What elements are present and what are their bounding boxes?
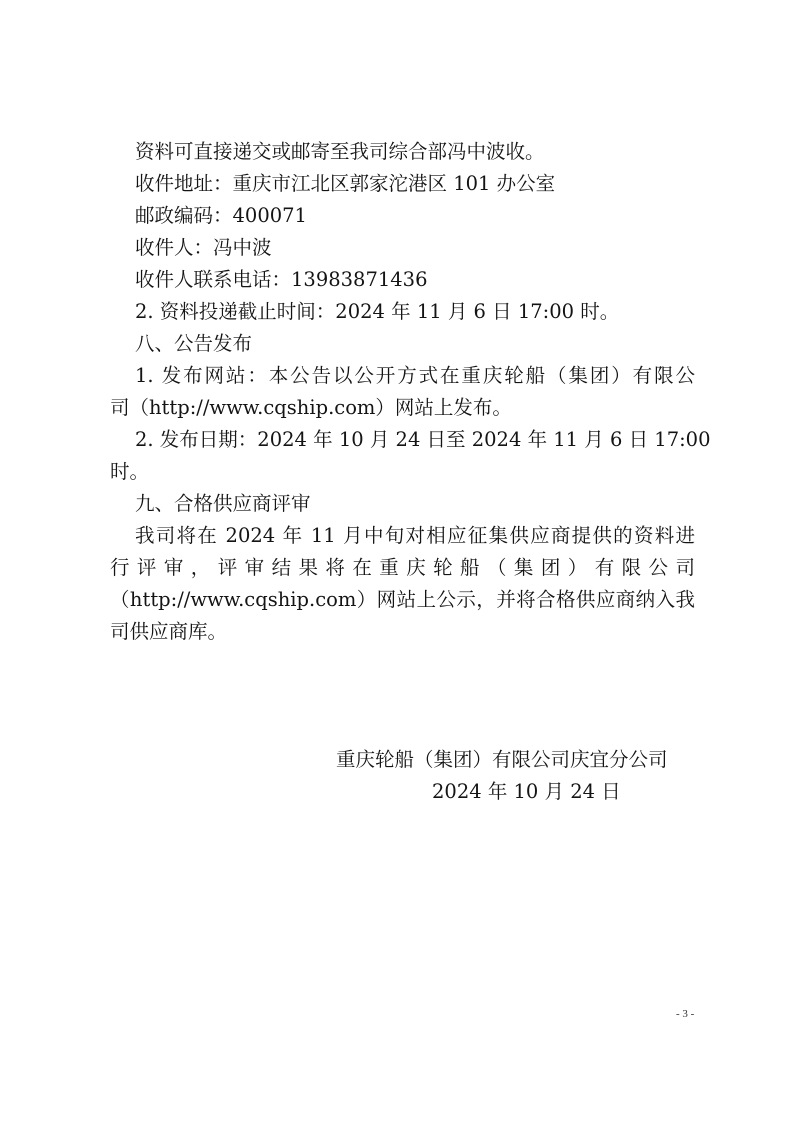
postcode-line: 邮政编码：400071 bbox=[135, 200, 307, 232]
deadline-line: 2. 资料投递截止时间：2024 年 11 月 6 日 17:00 时。 bbox=[135, 296, 619, 328]
phone-line: 收件人联系电话：13983871436 bbox=[135, 264, 427, 296]
review-paragraph-line-1: 我司将在 2024 年 11 月中旬对相应征集供应商提供的资料进 bbox=[135, 520, 695, 552]
review-paragraph-line-4: 司供应商库。 bbox=[110, 616, 227, 648]
publish-website-line-cont: 司（http://www.cqship.com）网站上发布。 bbox=[110, 392, 512, 424]
publish-date-line: 2. 发布日期：2024 年 10 月 24 日至 2024 年 11 月 6 … bbox=[135, 424, 695, 456]
address-line: 收件地址：重庆市江北区郭家沱港区 101 办公室 bbox=[135, 168, 555, 200]
page-number: - 3 - bbox=[676, 1008, 694, 1020]
section-heading-8: 八、公告发布 bbox=[135, 328, 252, 360]
section-heading-9: 九、合格供应商评审 bbox=[135, 488, 311, 520]
review-paragraph-line-2: 行评审，评审结果将在重庆轮船（集团）有限公司 bbox=[110, 552, 695, 584]
review-paragraph-line-3: （http://www.cqship.com）网站上公示，并将合格供应商纳入我 bbox=[110, 584, 695, 616]
publish-website-line: 1. 发布网站：本公告以公开方式在重庆轮船（集团）有限公 bbox=[135, 360, 695, 392]
signature-company: 重庆轮船（集团）有限公司庆宜分公司 bbox=[336, 744, 668, 776]
recipient-line: 收件人：冯中波 bbox=[135, 232, 272, 264]
document-page: 资料可直接递交或邮寄至我司综合部冯中波收。 收件地址：重庆市江北区郭家沱港区 1… bbox=[0, 0, 793, 1122]
publish-date-line-cont: 时。 bbox=[110, 456, 149, 488]
paragraph-line: 资料可直接递交或邮寄至我司综合部冯中波收。 bbox=[135, 136, 545, 168]
signature-date: 2024 年 10 月 24 日 bbox=[432, 776, 621, 808]
